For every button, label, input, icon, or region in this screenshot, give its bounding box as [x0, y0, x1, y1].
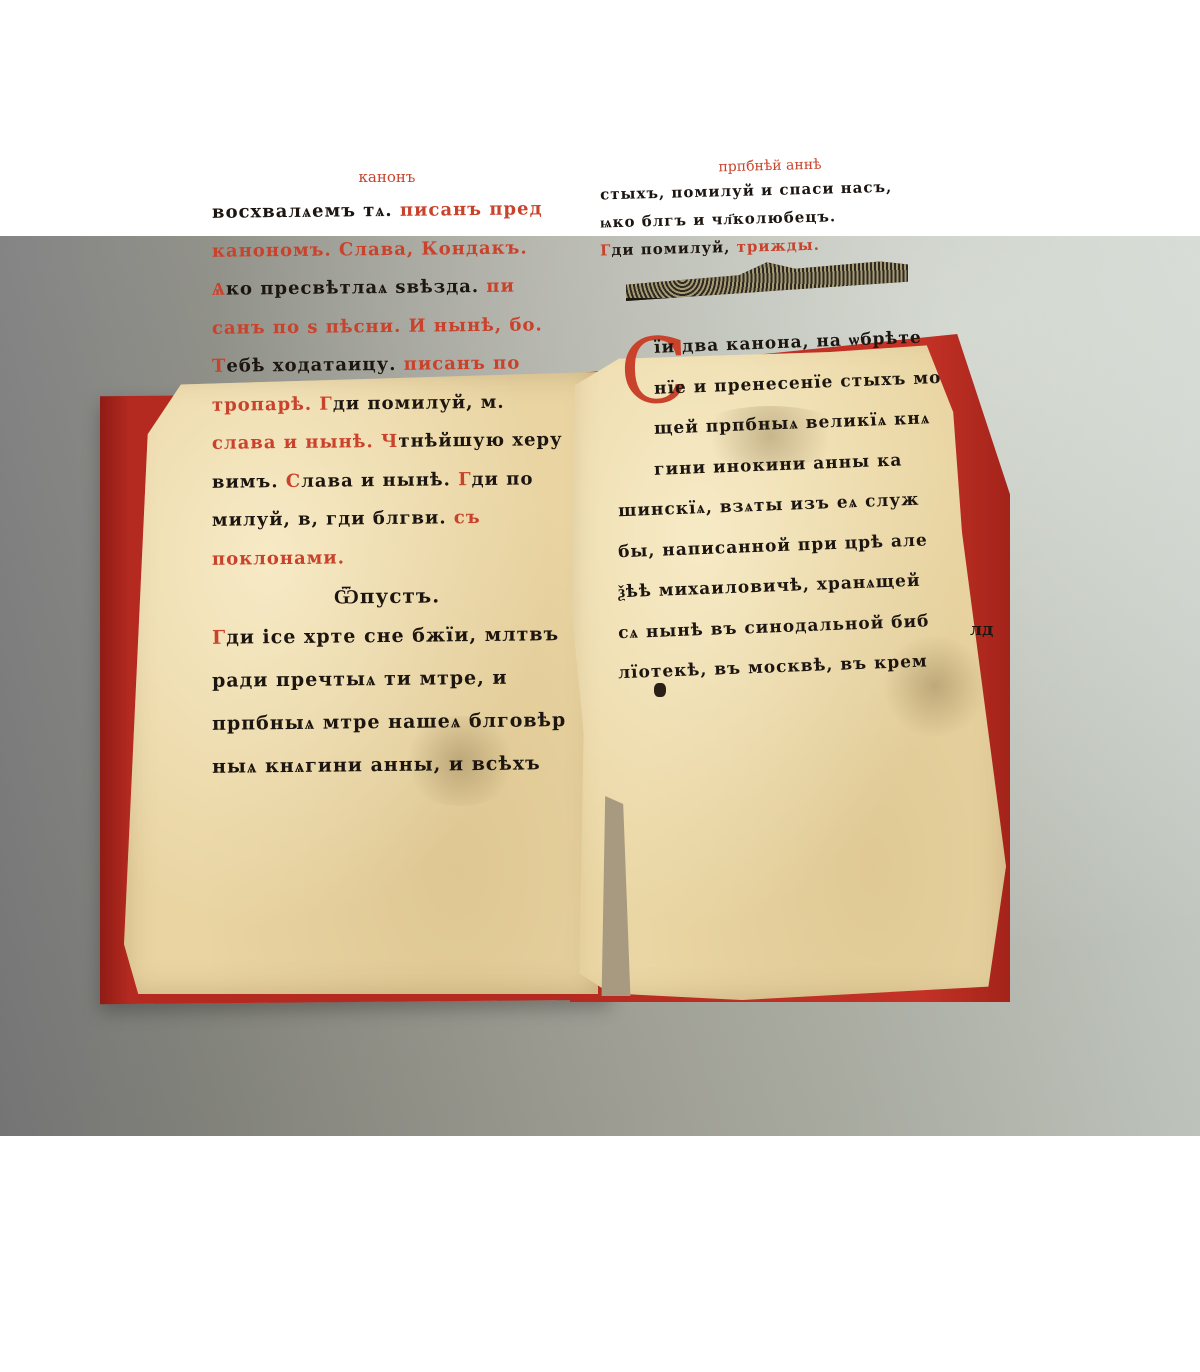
text-line: ради пречтыѧ ти мтре, и: [212, 656, 562, 703]
text-line: санъ по ѕ пѣсни. И нынѣ, бо.: [212, 306, 562, 348]
body-text: ди по: [471, 468, 533, 490]
rubric-text: трижды.: [736, 236, 820, 256]
rubric-text: Т: [212, 356, 227, 377]
rubric-text: санъ по ѕ пѣсни. И нынѣ, бо.: [212, 314, 543, 338]
rubric-text: поклонами.: [212, 547, 345, 569]
body-text: ди помилуй,: [611, 238, 737, 259]
rubric-text: писанъ по: [404, 353, 521, 375]
text-line: Гди ісе хрте сне бжїи, млтвъ: [212, 613, 562, 660]
rubric-text: пи: [486, 276, 515, 297]
left-page-lines: восхвалѧемъ тѧ. писанъ предканономъ. Сла…: [212, 192, 562, 577]
body-text: вимъ.: [212, 471, 286, 493]
body-text: ди помилуй, м.: [333, 391, 505, 414]
text-line: вимъ. Слава и нынѣ. Гди по: [212, 460, 562, 502]
rubric-text: Г: [458, 469, 472, 490]
right-page-lines: стыхъ, помилуй и спаси насъ,ѩко блгъ и ч…: [600, 176, 940, 260]
text-line: восхвалѧемъ тѧ. писанъ пред: [212, 190, 562, 232]
text-line: ныѧ кнѧгини анны, и всѣхъ: [212, 742, 562, 789]
body-text: прпбныѧ мтре нашеѧ блговѣр: [212, 709, 566, 735]
text-line: тропарѣ. Гди помилуй, м.: [212, 383, 562, 425]
body-text: восхвалѧемъ тѧ.: [212, 200, 400, 223]
text-line: Тебѣ ходатаицу. писанъ по: [212, 344, 562, 386]
body-text: ко пресвѣтлаѧ ѕвѣзда.: [226, 276, 487, 300]
text-line: прпбныѧ мтре нашеѧ блговѣр: [212, 699, 562, 746]
body-text: милуй, в, гди блгви.: [212, 507, 454, 531]
body-text: тнѣйшую херу: [398, 429, 562, 452]
right-page-header-text: прпбнѣй аннѣ стыхъ, помилуй и спаси насъ…: [600, 158, 940, 260]
left-page-body: Гди ісе хрте сне бжїи, млтвъради пречтыѧ…: [212, 615, 562, 787]
text-line: Ѧко пресвѣтлаѧ ѕвѣзда. пи: [212, 267, 562, 309]
body-text: стыхъ, помилуй и спаси насъ,: [600, 178, 893, 204]
rubric-text: Г: [600, 241, 612, 259]
right-page-body: їи два канона, на ѡбрѣтенїе и пренесенїе…: [618, 322, 998, 687]
left-page-text: канонъ восхвалѧемъ тѧ. писанъ предканоно…: [212, 168, 562, 787]
body-text: ѩко блгъ и чл҃колюбецъ.: [600, 207, 836, 231]
body-text: ради пречтыѧ ти мтре, и: [212, 667, 508, 692]
body-text: ныѧ кнѧгини анны, и всѣхъ: [212, 752, 541, 777]
rubric-text: тропарѣ. Г: [212, 393, 333, 415]
left-page-title: канонъ: [212, 168, 562, 186]
text-line: слава и нынѣ. Чтнѣйшую херу: [212, 421, 562, 463]
body-text: ебѣ ходатаицу.: [226, 354, 404, 377]
rubric-text: канономъ. Слава, Кондакъ.: [212, 237, 528, 261]
body-text: лава и нынѣ.: [301, 469, 458, 492]
body-text: ди ісе хрте сне бжїи, млтвъ: [226, 623, 559, 648]
text-line: милуй, в, гди блгви. съ: [212, 498, 562, 540]
rubric-text: С: [286, 470, 302, 491]
text-line: поклонами.: [212, 537, 562, 579]
rubric-text: съ: [454, 507, 481, 528]
rubric-text: слава и нынѣ. Ч: [212, 431, 399, 454]
rubric-text: писанъ пред: [400, 198, 543, 220]
page-number: лд: [970, 620, 993, 640]
text-line: канономъ. Слава, Кондакъ.: [212, 229, 562, 271]
rubric-text: Г: [212, 627, 226, 649]
photo-background: [0, 236, 1200, 1136]
rubric-text: Ѧ: [212, 279, 226, 300]
section-title: Ѿпустъ.: [212, 575, 562, 617]
